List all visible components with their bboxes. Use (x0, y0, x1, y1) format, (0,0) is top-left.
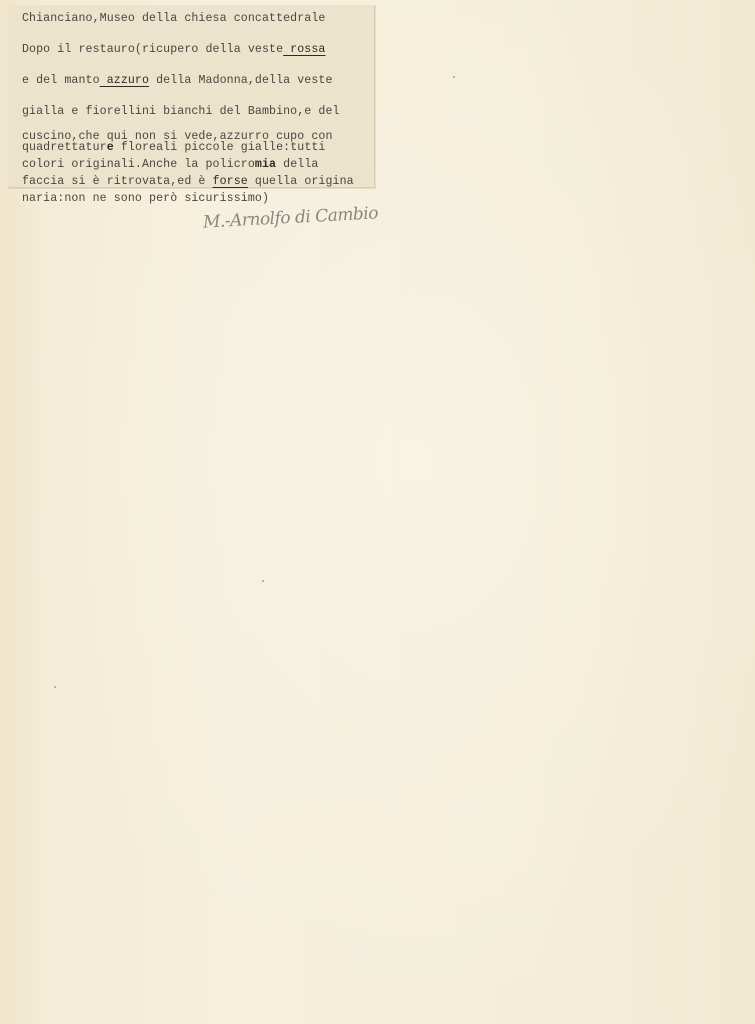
caption-text: quadrettatur (22, 141, 107, 154)
caption-line: colori originali.Anche la policromia del… (22, 158, 318, 171)
paper-speck (262, 580, 264, 582)
caption-text: e (107, 141, 114, 154)
caption-text: naria:non ne sono però sicurissimo) (22, 192, 269, 205)
caption-line: gialla e fiorellini bianchi del Bambino,… (22, 105, 340, 118)
caption-text: Dopo il restauro(ricupero della veste (22, 43, 283, 56)
caption-line: Chianciano,Museo della chiesa concattedr… (22, 12, 325, 25)
caption-text: della (276, 158, 318, 171)
caption-text: gialla e fiorellini bianchi del Bambino,… (22, 105, 340, 118)
caption-text: della Madonna,della veste (149, 74, 333, 87)
caption-line: Dopo il restauro(ricupero della veste ro… (22, 43, 325, 56)
caption-text: quella origina (248, 175, 354, 188)
caption-text: mia (255, 158, 276, 171)
caption-text: rossa (283, 43, 325, 56)
paper-speck (54, 686, 56, 688)
caption-line: naria:non ne sono però sicurissimo) (22, 192, 269, 205)
caption-text: forse (213, 175, 248, 188)
caption-text: floreali piccole gialle:tutti (114, 141, 326, 154)
caption-line: quadrettature floreali piccole gialle:tu… (22, 141, 326, 154)
typed-caption-label: Chianciano,Museo della chiesa concattedr… (8, 5, 375, 188)
caption-text: e del manto (22, 74, 100, 87)
caption-text: faccia si è ritrovata,ed è (22, 175, 213, 188)
caption-text: colori originali.Anche la policro (22, 158, 255, 171)
paper-speck (453, 76, 455, 78)
caption-text: azzuro (100, 74, 149, 87)
caption-text: Chianciano,Museo della chiesa concattedr… (22, 12, 325, 25)
caption-line: e del manto azzuro della Madonna,della v… (22, 74, 333, 87)
caption-line: faccia si è ritrovata,ed è forse quella … (22, 175, 354, 188)
